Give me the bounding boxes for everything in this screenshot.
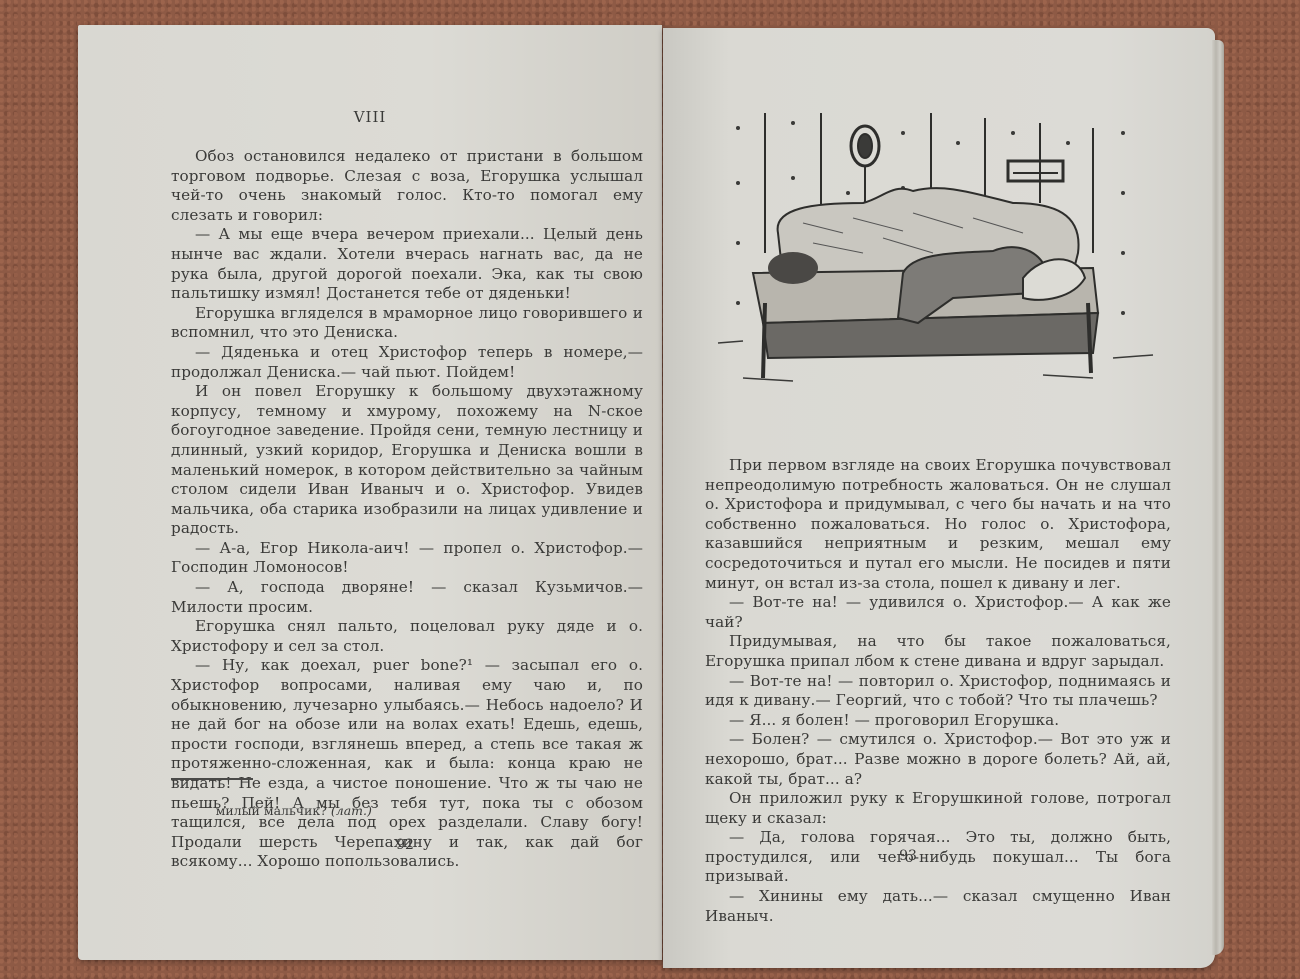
paragraph: — А, господа дворяне! — сказал Кузьмичов… bbox=[171, 578, 643, 617]
footnote: ¹ милый мальчик? (лат.) bbox=[208, 803, 372, 818]
footnote-text: милый мальчик? bbox=[216, 803, 327, 818]
footnote-marker: ¹ bbox=[208, 803, 212, 813]
paragraph: При первом взгляде на своих Егорушка поч… bbox=[705, 456, 1171, 593]
page-number-right: 93 bbox=[878, 848, 938, 864]
paragraph: Придумывая, на что бы такое пожаловаться… bbox=[705, 632, 1171, 671]
footnote-language-note: (лат.) bbox=[331, 803, 372, 818]
paragraph: Егорушка снял пальто, поцеловал руку дяд… bbox=[171, 617, 643, 656]
paragraph: — Вот-те на! — повторил о. Христофор, по… bbox=[705, 672, 1171, 711]
page-number-left: 92 bbox=[375, 837, 435, 853]
page-stack-edge bbox=[1212, 40, 1224, 955]
paragraph: Егорушка вгляделся в мраморное лицо гово… bbox=[171, 304, 643, 343]
sofa-illustration bbox=[713, 103, 1173, 403]
paragraph: И он повел Егорушку к большому двухэтажн… bbox=[171, 382, 643, 539]
paragraph: — Хинины ему дать...— сказал смущенно Ив… bbox=[705, 887, 1171, 926]
chapter-heading: VIII bbox=[78, 108, 662, 126]
left-page-body: Обоз остановился недалеко от пристани в … bbox=[171, 147, 643, 872]
paragraph: — Я... я болен! — проговорил Егорушка. bbox=[705, 711, 1171, 731]
paragraph: — А-а, Егор Никола-аич! — пропел о. Хрис… bbox=[171, 539, 643, 578]
paragraph: — Да, голова горячая... Это ты, должно б… bbox=[705, 828, 1171, 887]
right-page-body: При первом взгляде на своих Егорушка поч… bbox=[705, 456, 1171, 926]
paragraph: Обоз остановился недалеко от пристани в … bbox=[171, 147, 643, 225]
right-page: При первом взгляде на своих Егорушка поч… bbox=[663, 28, 1215, 968]
left-page: VIII Обоз остановился недалеко от приста… bbox=[78, 25, 662, 960]
paragraph: — Дяденька и отец Христофор теперь в ном… bbox=[171, 343, 643, 382]
paragraph: — Вот-те на! — удивился о. Христофор.— А… bbox=[705, 593, 1171, 632]
paragraph: — А мы еще вчера вечером приехали... Цел… bbox=[171, 225, 643, 303]
footnote-rule bbox=[171, 778, 253, 780]
paragraph: Он приложил руку к Егорушкиной голове, п… bbox=[705, 789, 1171, 828]
paragraph: — Болен? — смутился о. Христофор.— Вот э… bbox=[705, 730, 1171, 789]
